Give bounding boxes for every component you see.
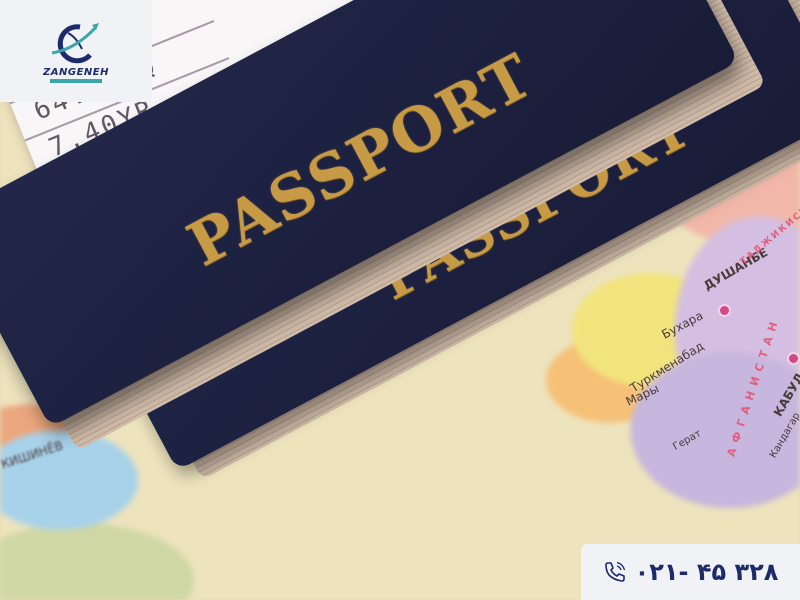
contact-phone[interactable]: ۰۲۱- ۴۵ ۳۲۸ (581, 544, 800, 600)
brand-logo[interactable]: ZANGENEH (0, 0, 152, 102)
globe-with-orbit-arrow-icon (46, 19, 106, 69)
phone-number[interactable]: ۰۲۱- ۴۵ ۳۲۸ (635, 558, 779, 586)
brand-tagline-bar (50, 79, 102, 83)
phone-icon (603, 560, 627, 584)
brand-name: ZANGENEH (43, 67, 109, 78)
city-marker (718, 304, 731, 317)
city-marker (787, 352, 800, 365)
